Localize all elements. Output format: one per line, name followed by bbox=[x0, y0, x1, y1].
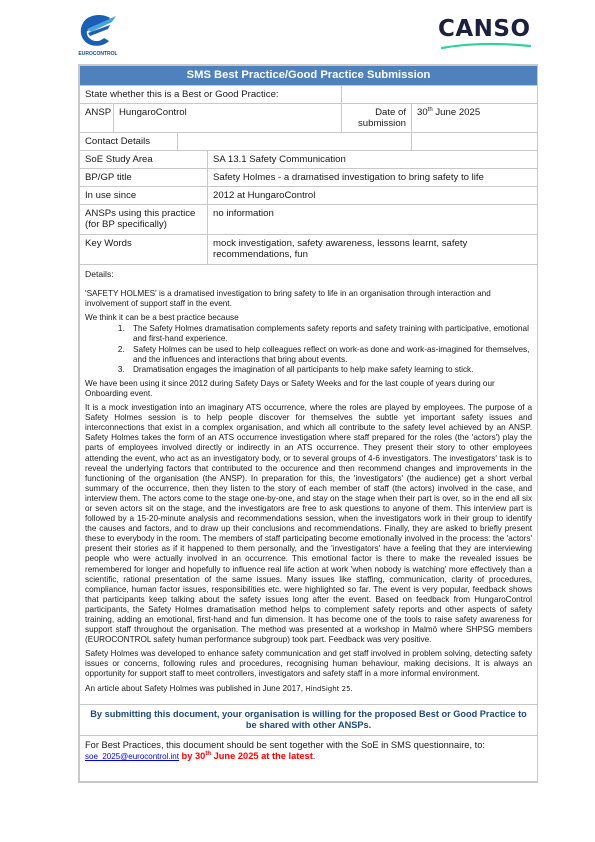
in-use-since-field[interactable]: 2012 at HungaroControl bbox=[208, 187, 538, 205]
contact-details-label: Contact Details bbox=[80, 133, 178, 151]
reason-item: The Safety Holmes dramatisation compleme… bbox=[127, 324, 532, 344]
details-description: It is a mock investigation into an imagi… bbox=[85, 403, 532, 645]
ansp-field[interactable]: HungaroControl bbox=[114, 104, 342, 133]
article-text: An article about Safety Holmes was publi… bbox=[85, 684, 305, 693]
deadline: by 30th June 2025 at the latest bbox=[179, 751, 313, 761]
ansp-label: ANSP bbox=[80, 104, 114, 133]
practice-type-field[interactable] bbox=[342, 86, 538, 104]
eurocontrol-logo-icon: EUROCONTROL bbox=[74, 10, 122, 58]
date-label: Date of submission bbox=[342, 104, 412, 133]
ansps-using-field[interactable]: no information bbox=[208, 205, 538, 235]
contact-details-field-1[interactable] bbox=[178, 133, 412, 151]
study-area-label: SoE Study Area bbox=[80, 151, 208, 169]
email-link[interactable]: soe_2025@eurocontrol.int bbox=[85, 752, 179, 761]
study-area-field[interactable]: SA 13.1 Safety Communication bbox=[208, 151, 538, 169]
title-label: BP/GP title bbox=[80, 169, 208, 187]
key-words-field[interactable]: mock investigation, safety awareness, le… bbox=[208, 235, 538, 265]
submission-form: SMS Best Practice/Good Practice Submissi… bbox=[78, 64, 538, 783]
title-field[interactable]: Safety Holmes - a dramatised investigati… bbox=[208, 169, 538, 187]
instructions-end: . bbox=[313, 751, 316, 761]
form-table: SMS Best Practice/Good Practice Submissi… bbox=[79, 65, 538, 782]
submission-instructions: For Best Practices, this document should… bbox=[80, 735, 538, 781]
details-intro: 'SAFETY HOLMES' is a dramatised investig… bbox=[85, 289, 532, 309]
reasons-list: The Safety Holmes dramatisation compleme… bbox=[85, 324, 532, 374]
details-section: Details: 'SAFETY HOLMES' is a dramatised… bbox=[80, 265, 538, 705]
canso-logo: CANSO bbox=[436, 16, 536, 50]
details-usage: We have been using it since 2012 during … bbox=[85, 379, 532, 399]
form-title: SMS Best Practice/Good Practice Submissi… bbox=[80, 66, 538, 86]
ansps-using-label: ANSPs using this practice (for BP specif… bbox=[80, 205, 208, 235]
article-reference: HindSight 25 bbox=[305, 685, 350, 693]
date-field[interactable]: 30th June 2025 bbox=[412, 104, 538, 133]
article-end: . bbox=[351, 684, 353, 693]
date-rest: June 2025 bbox=[433, 107, 480, 118]
reason-item: Safety Holmes can be used to help collea… bbox=[127, 345, 532, 365]
details-because: We think it can be a best practice becau… bbox=[85, 313, 532, 323]
date-day: 30 bbox=[417, 107, 428, 118]
reason-item: Dramatisation engages the imagination of… bbox=[127, 365, 532, 375]
in-use-since-label: In use since bbox=[80, 187, 208, 205]
key-words-label: Key Words bbox=[80, 235, 208, 265]
instructions-text: For Best Practices, this document should… bbox=[85, 740, 485, 750]
sharing-notice: By submitting this document, your organi… bbox=[80, 704, 538, 735]
details-label: Details: bbox=[85, 269, 532, 279]
canso-swoosh-icon bbox=[440, 42, 532, 50]
details-article: An article about Safety Holmes was publi… bbox=[85, 684, 532, 694]
details-purpose: Safety Holmes was developed to enhance s… bbox=[85, 649, 532, 679]
eurocontrol-logo: EUROCONTROL bbox=[74, 10, 122, 58]
canso-wordmark: CANSO bbox=[438, 16, 531, 42]
svg-text:EUROCONTROL: EUROCONTROL bbox=[78, 51, 117, 57]
practice-type-label: State whether this is a Best or Good Pra… bbox=[80, 86, 342, 104]
contact-details-field-2[interactable] bbox=[412, 133, 538, 151]
